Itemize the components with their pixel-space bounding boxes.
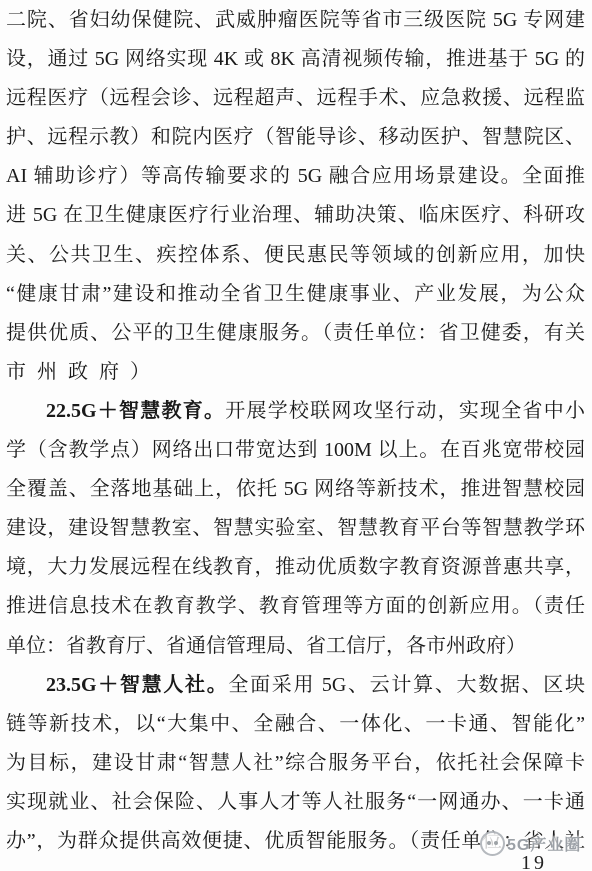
section-22-text: 开展学校联网攻坚行动，实现全省中小 [225, 400, 585, 422]
text-line: 市州政府） [6, 353, 585, 392]
document-body: 二院、省妇幼保健院、武威肿瘤医院等省市三级医院 5G 专网建 设，通过 5G 网… [0, 0, 592, 861]
watermark: 5G产业圈 [480, 831, 581, 856]
text-line: AI 辅助诊疗）等高传输要求的 5G 融合应用场景建设。全面推 [6, 157, 585, 196]
text-line: 实现就业、社会保险、人事人才等人社服务“一网通办、一卡通 [6, 783, 585, 822]
text-line: 设，通过 5G 网络实现 4K 或 8K 高清视频传输，推进基于 5G 的 [6, 40, 585, 79]
text-line: 链等新技术，以“大集中、全融合、一体化、一卡通、智能化” [6, 705, 585, 744]
section-23-heading: 23.5G＋智慧人社。 [46, 674, 228, 696]
text-line: 二院、省妇幼保健院、武威肿瘤医院等省市三级医院 5G 专网建 [6, 1, 585, 40]
text-line: 建设，建设智慧教室、智慧实验室、智慧教育平台等智慧教学环 [6, 509, 585, 548]
text-line: 关、公共卫生、疾控体系、便民惠民等领域的创新应用，加快 [6, 236, 585, 275]
text-line: 远程医疗（远程会诊、远程超声、远程手术、应急救援、远程监 [6, 79, 585, 118]
text-line: 护、远程示教）和院内医疗（智能导诊、移动医护、智慧院区、 [6, 118, 585, 157]
text-line: 单位：省教育厅、省通信管理局、省工信厅，各市州政府） [6, 627, 585, 666]
section-22-heading: 22.5G＋智慧教育。 [46, 400, 225, 422]
text-line: 全覆盖、全落地基础上，依托 5G 网络等新技术，推进智慧校园 [6, 470, 585, 509]
text-line: 境，大力发展远程在线教育，推动优质数字教育资源普惠共享， [6, 548, 585, 587]
text-line: 推进信息技术在教育教学、教育管理等方面的创新应用。（责任 [6, 587, 585, 626]
text-line: 提供优质、公平的卫生健康服务。（责任单位：省卫健委，有关 [6, 314, 585, 353]
text-line: 学（含教学点）网络出口带宽达到 100M 以上。在百兆宽带校园 [6, 431, 585, 470]
text-line: 为目标，建设甘肃“智慧人社”综合服务平台，依托社会保障卡 [6, 744, 585, 783]
text-line: “健康甘肃”建设和推动全省卫生健康事业、产业发展，为公众 [6, 275, 585, 314]
text-line: 进 5G 在卫生健康医疗行业治理、辅助决策、临床医疗、科研攻 [6, 196, 585, 235]
watermark-label: 5G产业圈 [507, 832, 581, 855]
section-23-text: 全面采用 5G、云计算、大数据、区块 [228, 674, 585, 696]
watermark-logo-icon [480, 831, 505, 856]
text-line: 22.5G＋智慧教育。开展学校联网攻坚行动，实现全省中小 [6, 392, 585, 431]
document-page: 二院、省妇幼保健院、武威肿瘤医院等省市三级医院 5G 专网建 设，通过 5G 网… [0, 0, 592, 871]
text-line: 23.5G＋智慧人社。全面采用 5G、云计算、大数据、区块 [6, 666, 585, 705]
